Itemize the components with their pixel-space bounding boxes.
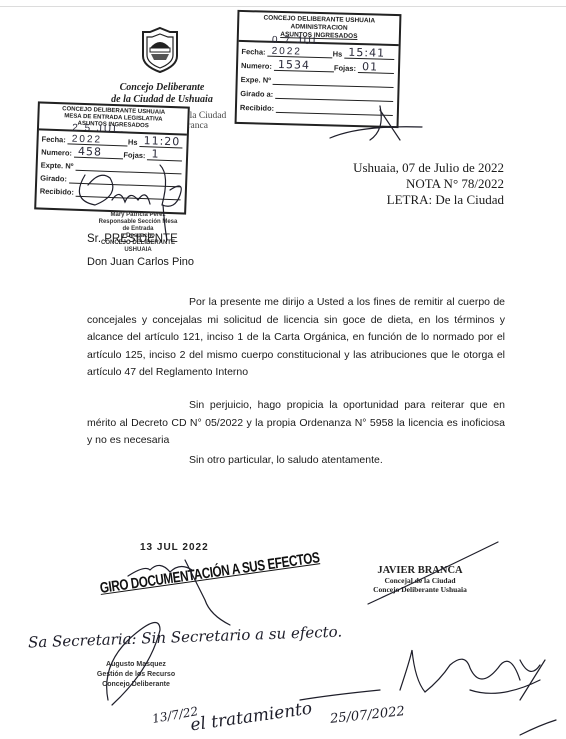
- signature-block: JAVIER BRANCA Concejal de la Ciudad Conc…: [360, 565, 480, 594]
- admin-received-stamp: CONCEJO DELIBERANTE USHUAIA ADMINISTRACI…: [235, 10, 402, 128]
- mesa-entrada-stamp: CONCEJO DELIBERANTE USHUAIA MESA DE ENTR…: [34, 101, 190, 214]
- coat-of-arms-icon: [140, 26, 180, 74]
- received-date-stamp: 13 JUL 2022: [140, 542, 209, 553]
- closing-line: Sin otro particular, lo saludo atentamen…: [87, 452, 505, 470]
- augusto-stamp: Augusto Masquez Gestión de los Recurso C…: [86, 660, 186, 690]
- body-paragraph-2: Sin perjuicio, hago propicia la oportuni…: [87, 397, 505, 450]
- signer-name: JAVIER BRANCA: [360, 565, 480, 576]
- letter-header: Ushuaia, 07 de Julio de 2022 NOTA N° 78/…: [353, 160, 504, 208]
- body-paragraph-1: Por la presente me dirijo a Usted a los …: [87, 294, 505, 382]
- note-number: NOTA N° 78/2022: [353, 176, 504, 192]
- signer-role: Concejal de la Ciudad: [360, 576, 480, 585]
- addressee-title: Sr. PRESIDENTE: [87, 233, 178, 245]
- giro-documentacion-stamp: GIRO DOCUMENTACIÓN A SUS EFECTOS: [99, 549, 321, 597]
- letra: LETRA: De la Ciudad: [353, 192, 504, 208]
- page-top-border: [0, 6, 566, 7]
- place-date: Ushuaia, 07 de Julio de 2022: [353, 160, 504, 176]
- handwritten-date-2: 25/07/2022: [329, 704, 405, 727]
- institution-name: Concejo Deliberante de la Ciudad de Ushu…: [92, 82, 232, 106]
- handwritten-tratamiento: el tratamiento: [189, 699, 313, 736]
- addressee-name: Don Juan Carlos Pino: [87, 256, 194, 268]
- signer-body: Concejo Deliberante Ushuaia: [360, 585, 480, 594]
- handwritten-note: Sa Secretaria: Sin Secretario a su efect…: [28, 623, 343, 652]
